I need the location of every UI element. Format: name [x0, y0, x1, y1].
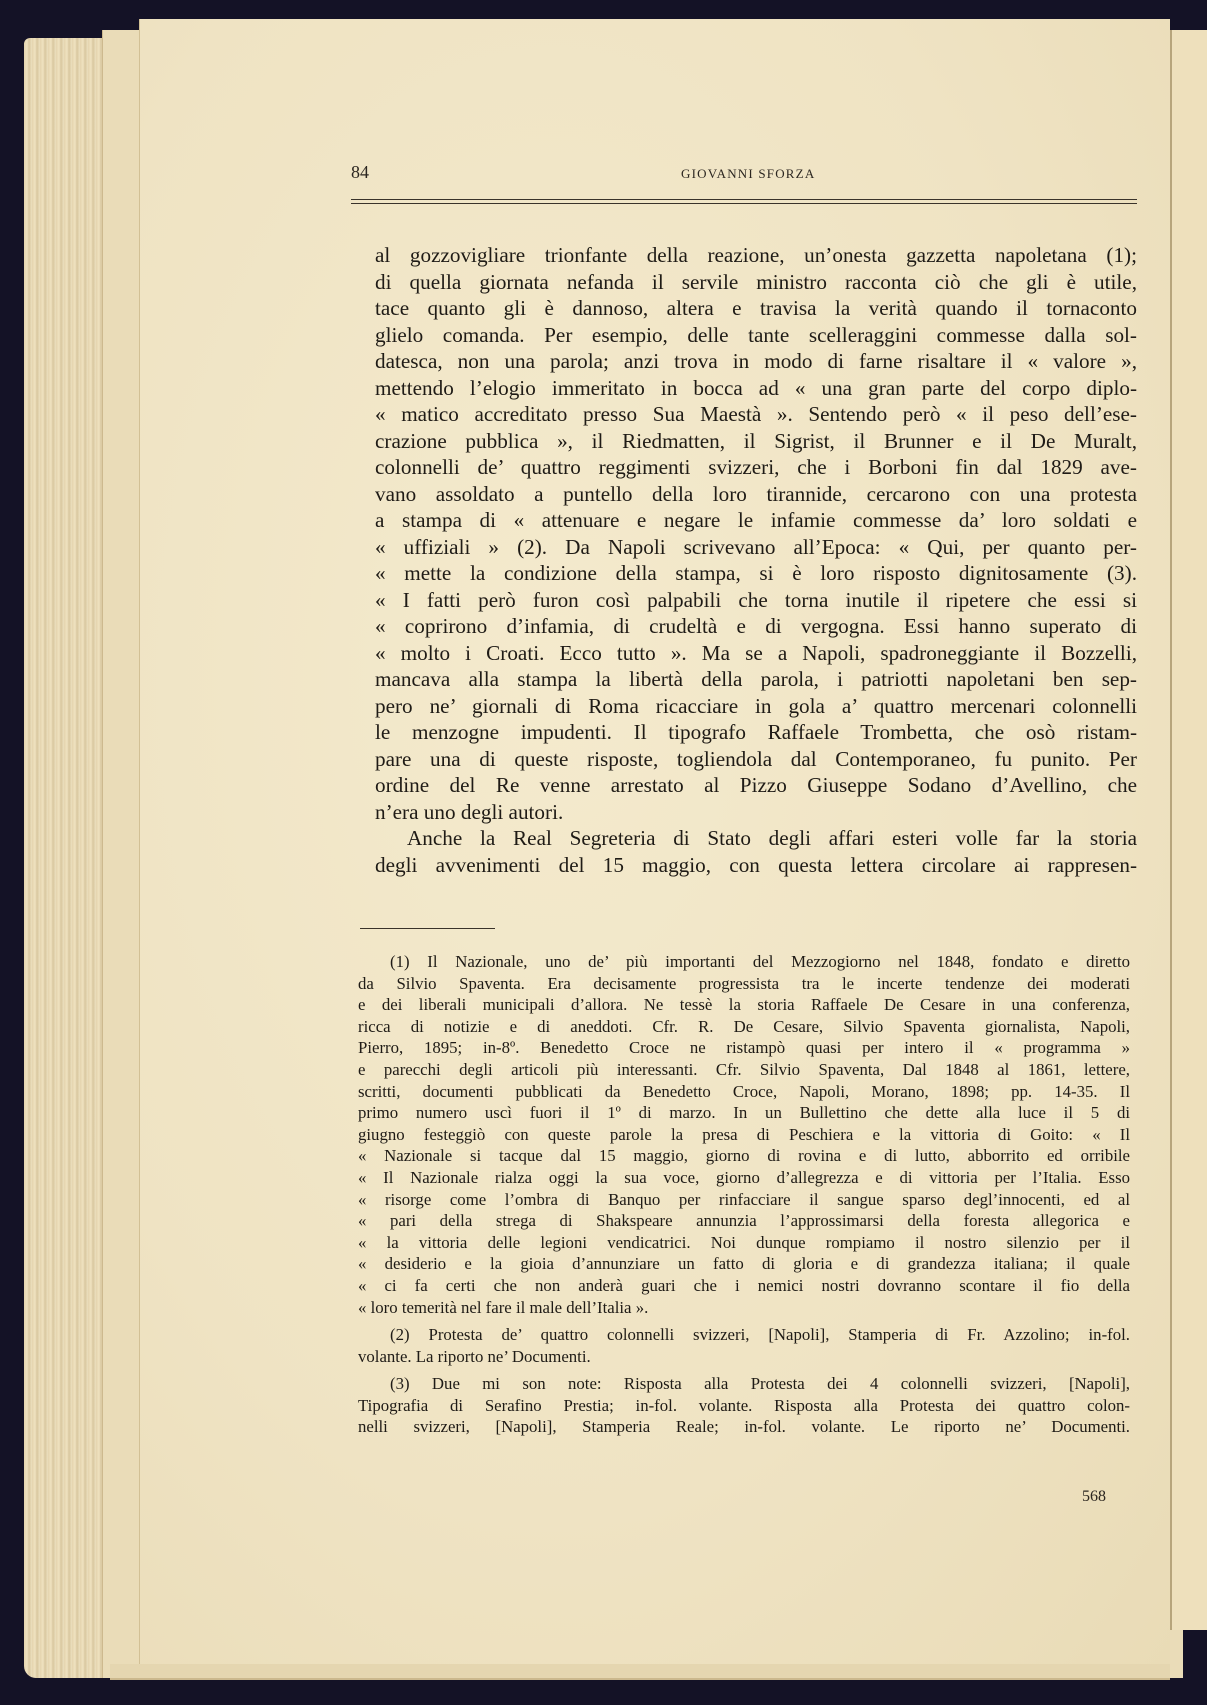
facing-page-edge	[1170, 30, 1207, 1630]
body-line: « I fatti però furon così palpabili che …	[375, 587, 1137, 614]
body-line: n’era uno degli autori.	[375, 799, 1137, 826]
footnote-line: Tipografia di Serafino Prestia; in-fol. …	[358, 1395, 1130, 1417]
footnote-line: « loro temerità nel fare il male dell’It…	[358, 1297, 1130, 1319]
body-line: « molto i Croati. Ecco tutto ». Ma se a …	[375, 640, 1137, 667]
footnote-line: « pari della strega di Shakspeare annunz…	[358, 1210, 1130, 1232]
footnote-3: (3) Due mi son note: Risposta alla Prote…	[358, 1373, 1130, 1438]
body-line: pero ne’ giornali di Roma ricacciare in …	[375, 693, 1137, 720]
footnote-line: giugno festeggiò con queste parole la pr…	[358, 1124, 1130, 1146]
body-line: « matico accreditato presso Sua Maestà »…	[375, 401, 1137, 428]
footnote-line: « la vittoria delle legioni vendicatrici…	[358, 1232, 1130, 1254]
body-text: al gozzovigliare trionfante della reazio…	[375, 242, 1137, 878]
footnote-line: Pierro, 1895; in-8º. Benedetto Croce ne …	[358, 1037, 1130, 1059]
body-line: di quella giornata nefanda il servile mi…	[375, 269, 1137, 296]
footnote-line: e dei liberali municipali d’allora. Ne t…	[358, 994, 1130, 1016]
body-line: a stampa di « attenuare e negare le infa…	[375, 507, 1137, 534]
footnote-line: scritti, documenti pubblicati da Benedet…	[358, 1081, 1130, 1103]
running-head: 84 GIOVANNI SFORZA	[351, 166, 1137, 186]
body-line: mettendo l’elogio immeritato in bocca ad…	[375, 375, 1137, 402]
header-rule-top	[351, 199, 1137, 200]
footnote-line: « Nazionale si tacque dal 15 maggio, gio…	[358, 1145, 1130, 1167]
footnote-line: « desiderio e la gioia d’annunziare un f…	[358, 1253, 1130, 1275]
footnote-line: e parecchi degli articoli più interessan…	[358, 1059, 1130, 1081]
body-line: mancava alla stampa la libertà della par…	[375, 666, 1137, 693]
footnote-line: volante. La riporto ne’ Documenti.	[358, 1346, 1130, 1368]
body-line: al gozzovigliare trionfante della reazio…	[375, 242, 1137, 269]
footnote-line: primo numero uscì fuori il 1º di marzo. …	[358, 1102, 1130, 1124]
footnote-line: (2) Protesta de’ quattro colonnelli sviz…	[358, 1324, 1130, 1346]
body-line: datesca, non una parola; anzi trova in m…	[375, 348, 1137, 375]
body-line: glielo comanda. Per esempio, delle tante…	[375, 322, 1137, 349]
footnote-line: (3) Due mi son note: Risposta alla Prote…	[358, 1373, 1130, 1395]
footnote-line: « Il Nazionale rialza oggi la sua voce, …	[358, 1167, 1130, 1189]
footnote-2: (2) Protesta de’ quattro colonnelli sviz…	[358, 1324, 1130, 1367]
page-bottom-edge	[110, 1664, 1170, 1680]
footnote-line: « risorge come l’ombra di Banquo per rin…	[358, 1189, 1130, 1211]
footnote-line: (1) Il Nazionale, uno de’ più importanti…	[358, 951, 1130, 973]
footnote-line: da Silvio Spaventa. Era decisamente prog…	[358, 973, 1130, 995]
body-line: ordine del Re venne arrestato al Pizzo G…	[375, 772, 1137, 799]
body-line: le menzogne impudenti. Il tipografo Raff…	[375, 719, 1137, 746]
body-line: « mette la condizione della stampa, si è…	[375, 560, 1137, 587]
footnote-1: (1) Il Nazionale, uno de’ più importanti…	[358, 951, 1130, 1318]
header-rule-bottom	[351, 203, 1137, 204]
footnotes: (1) Il Nazionale, uno de’ più importanti…	[358, 951, 1130, 1438]
page-number: 84	[351, 162, 369, 183]
body-line: degli avvenimenti del 15 maggio, con que…	[375, 852, 1137, 879]
body-line: pare una di queste risposte, togliendola…	[375, 746, 1137, 773]
running-title: GIOVANNI SFORZA	[681, 166, 815, 182]
body-line: colonnelli de’ quattro reggimenti svizze…	[375, 454, 1137, 481]
body-line: « coprirono d’infamia, di crudeltà e di …	[375, 613, 1137, 640]
signature-mark: 568	[1082, 1488, 1106, 1506]
footnote-line: nelli svizzeri, [Napoli], Stamperia Real…	[358, 1416, 1130, 1438]
footnote-separator	[360, 928, 495, 929]
footnote-line: « ci fa certi che non anderà guari che i…	[358, 1275, 1130, 1297]
body-line: crazione pubblica », il Riedmatten, il S…	[375, 428, 1137, 455]
body-line: vano assoldato a puntello della loro tir…	[375, 481, 1137, 508]
footnote-line: ricca di notizie e di aneddoti. Cfr. R. …	[358, 1016, 1130, 1038]
body-line: « uffiziali » (2). Da Napoli scrivevano …	[375, 534, 1137, 561]
body-line: tace quanto gli è dannoso, altera e trav…	[375, 295, 1137, 322]
body-line: Anche la Real Segreteria di Stato degli …	[375, 825, 1137, 852]
